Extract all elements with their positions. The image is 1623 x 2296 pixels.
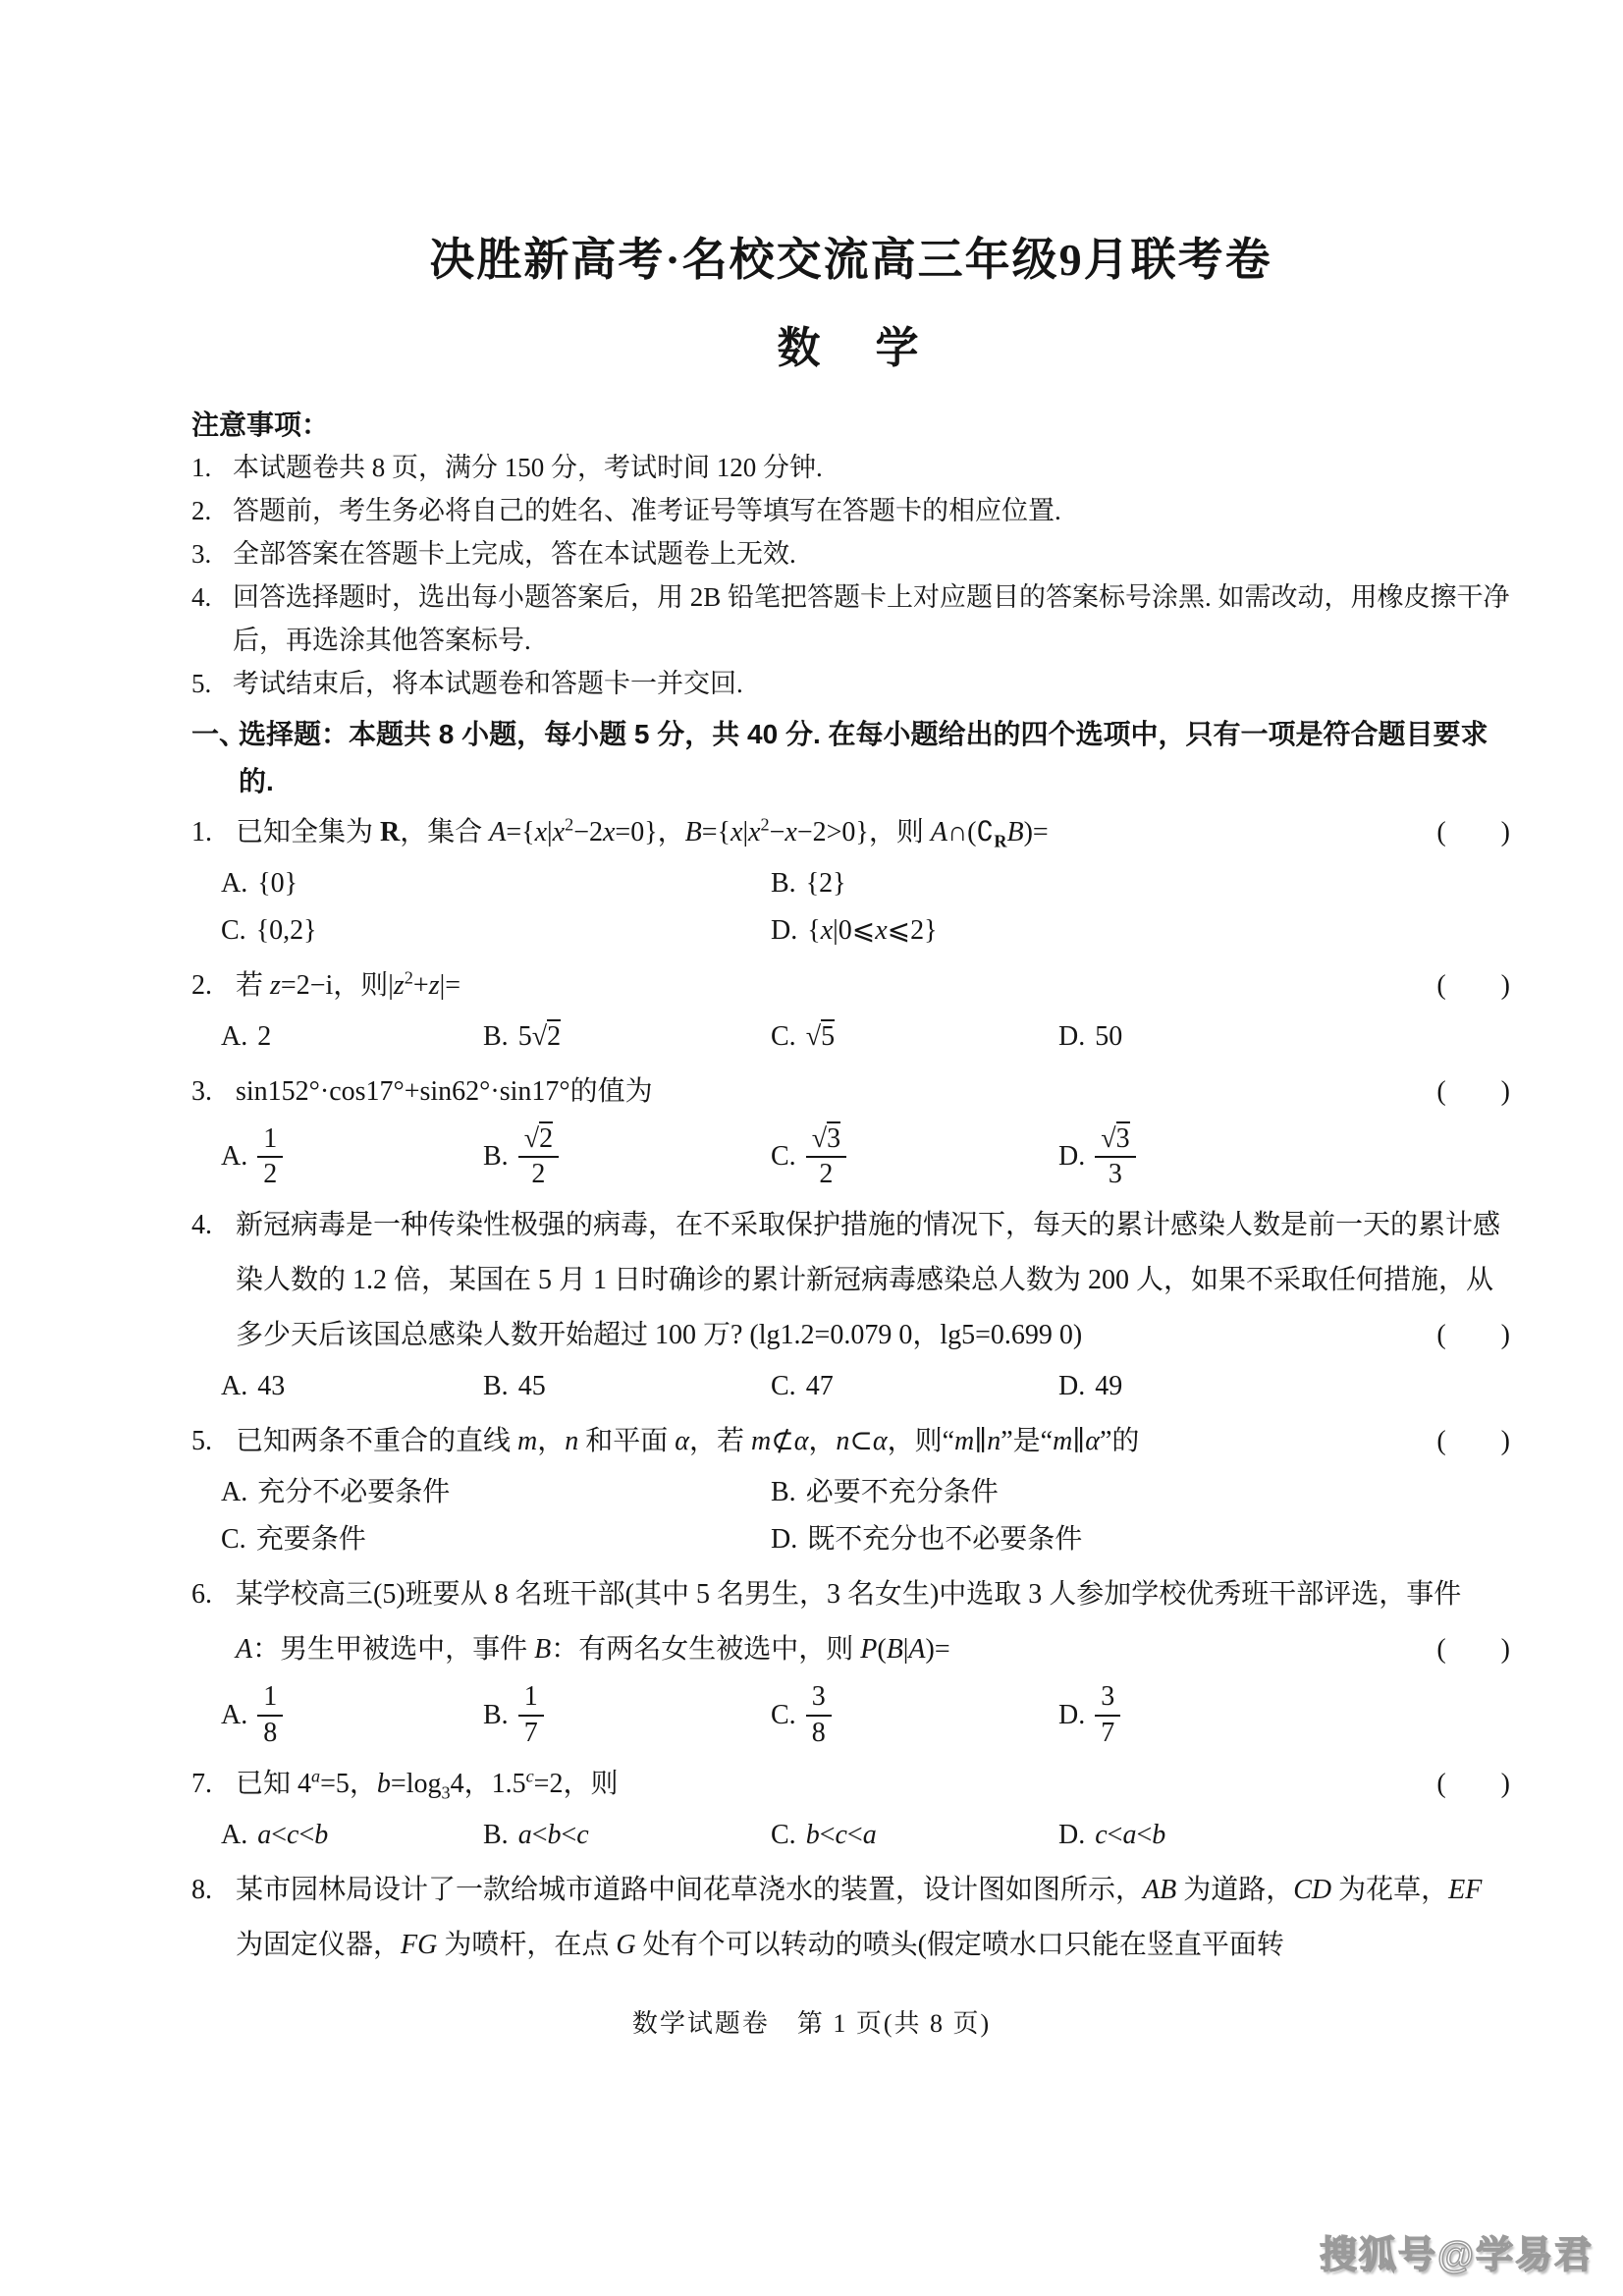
option-label: C. xyxy=(771,1812,796,1859)
notice-item-2: 2.答题前，考生务必将自己的姓名、准考证号等填写在答题卡的相应位置. xyxy=(191,489,1510,532)
question-6-options: A.18 B.17 C.38 D.37 xyxy=(221,1677,1510,1752)
option-c: C.47 xyxy=(771,1363,1058,1410)
question-stem-text: 新冠病毒是一种传染性极强的病毒，在不采取保护措施的情况下，每天的累计感染人数是前… xyxy=(236,1210,1500,1350)
question-3-stem: 3.sin152°·cos17°+sin62°·sin17°的值为 ( ) xyxy=(191,1065,1510,1120)
option-label: A. xyxy=(221,1133,247,1180)
option-a: A.2 xyxy=(221,1013,483,1061)
option-label: D. xyxy=(1058,1133,1085,1180)
notice-item-text: 回答选择题时，选出每小题答案后，用 2B 铅笔把答题卡上对应题目的答案标号涂黑.… xyxy=(233,582,1510,655)
question-8: 8.某市园林局设计了一款给城市道路中间花草浇水的装置，设计图如图所示，AB 为道… xyxy=(191,1863,1510,1973)
notice-item-1: 1.本试题卷共 8 页，满分 150 分，考试时间 120 分钟. xyxy=(191,446,1510,489)
option-content: 47 xyxy=(806,1363,834,1410)
option-label: B. xyxy=(483,1363,509,1410)
answer-bracket: ( ) xyxy=(1436,1065,1510,1120)
option-c: C.{0,2} xyxy=(221,907,771,955)
option-b: B.17 xyxy=(483,1677,771,1752)
option-label: B. xyxy=(483,1692,509,1739)
option-content: c<a<b xyxy=(1095,1812,1165,1859)
option-b: B.a<b<c xyxy=(483,1812,771,1859)
option-label: B. xyxy=(771,860,796,907)
question-2-options: A.2 B.5√2 C.√5 D.50 xyxy=(221,1013,1510,1061)
question-stem-text: 已知 4a=5，b=log34，1.5c=2，则 xyxy=(236,1769,618,1799)
question-5-options: A.充分不必要条件 B.必要不充分条件 C.充要条件 D.既不充分也不必要条件 xyxy=(221,1469,1510,1563)
question-number: 8. xyxy=(191,1863,236,1918)
option-content: 5√2 xyxy=(518,1013,561,1061)
question-1-options: A.{0} B.{2} C.{0,2} D.{x|0⩽x⩽2} xyxy=(221,860,1510,955)
option-label: B. xyxy=(771,1469,796,1516)
option-content: √22 xyxy=(518,1120,559,1194)
option-b: B.45 xyxy=(483,1363,771,1410)
option-content: {2} xyxy=(806,860,846,907)
notice-item-text: 全部答案在答题卡上完成，答在本试题卷上无效. xyxy=(233,539,796,569)
question-number: 6. xyxy=(191,1567,236,1622)
question-6-stem: 6.某学校高三(5)班要从 8 名班干部(其中 5 名男生，3 名女生)中选取 … xyxy=(191,1567,1510,1677)
option-b: B.必要不充分条件 xyxy=(771,1469,1510,1516)
option-d: D.√33 xyxy=(1058,1120,1510,1194)
answer-bracket: ( ) xyxy=(1436,1308,1510,1363)
question-6: 6.某学校高三(5)班要从 8 名班干部(其中 5 名男生，3 名女生)中选取 … xyxy=(191,1567,1510,1752)
question-stem-text: 已知全集为 R，集合 A={x|x2−2x=0}，B={x|x2−x−2>0}，… xyxy=(236,817,1049,847)
option-label: D. xyxy=(771,1516,797,1563)
question-2: 2.若 z=2−i，则|z2+z|= ( ) A.2 B.5√2 C.√5 D.… xyxy=(191,958,1510,1061)
question-4-stem: 4.新冠病毒是一种传染性极强的病毒，在不采取保护措施的情况下，每天的累计感染人数… xyxy=(191,1198,1510,1363)
option-content: 必要不充分条件 xyxy=(806,1469,999,1516)
option-content: {0,2} xyxy=(256,907,317,955)
question-2-stem: 2.若 z=2−i，则|z2+z|= ( ) xyxy=(191,958,1510,1013)
option-c: C.√5 xyxy=(771,1013,1058,1061)
option-content: b<c<a xyxy=(806,1812,877,1859)
option-content: 充要条件 xyxy=(256,1516,366,1563)
option-a: A.a<c<b xyxy=(221,1812,483,1859)
option-c: C.b<c<a xyxy=(771,1812,1058,1859)
option-label: D. xyxy=(771,907,797,955)
notice-item-text: 考试结束后，将本试题卷和答题卡一并交回. xyxy=(233,669,743,698)
option-content: 17 xyxy=(518,1677,544,1752)
option-content: √32 xyxy=(806,1120,846,1194)
question-4-options: A.43 B.45 C.47 D.49 xyxy=(221,1363,1510,1410)
question-number: 2. xyxy=(191,958,236,1013)
option-content: 49 xyxy=(1095,1363,1122,1410)
question-5: 5.已知两条不重合的直线 m，n 和平面 α，若 m⊄α，n⊂α，则“m∥n”是… xyxy=(191,1414,1510,1563)
option-content: 50 xyxy=(1095,1013,1122,1061)
question-4: 4.新冠病毒是一种传染性极强的病毒，在不采取保护措施的情况下，每天的累计感染人数… xyxy=(191,1198,1510,1410)
option-d: D.{x|0⩽x⩽2} xyxy=(771,907,1510,955)
question-stem-text: sin152°·cos17°+sin62°·sin17°的值为 xyxy=(236,1076,653,1107)
option-a: A.18 xyxy=(221,1677,483,1752)
option-content: 既不充分也不必要条件 xyxy=(807,1516,1082,1563)
option-a: A.12 xyxy=(221,1120,483,1194)
option-a: A.充分不必要条件 xyxy=(221,1469,771,1516)
question-1: 1.已知全集为 R，集合 A={x|x2−2x=0}，B={x|x2−x−2>0… xyxy=(191,805,1510,955)
option-content: {0} xyxy=(257,860,298,907)
option-content: {x|0⩽x⩽2} xyxy=(807,907,937,955)
option-content: 45 xyxy=(518,1363,546,1410)
notice-item-text: 答题前，考生务必将自己的姓名、准考证号等填写在答题卡的相应位置. xyxy=(233,496,1061,525)
answer-bracket: ( ) xyxy=(1436,1757,1510,1812)
option-content: a<b<c xyxy=(518,1812,589,1859)
notice-list: 1.本试题卷共 8 页，满分 150 分，考试时间 120 分钟. 2.答题前，… xyxy=(191,446,1510,705)
answer-bracket: ( ) xyxy=(1436,1414,1510,1469)
option-b: B.√22 xyxy=(483,1120,771,1194)
option-label: B. xyxy=(483,1812,509,1859)
question-stem-text: 某市园林局设计了一款给城市道路中间花草浇水的装置，设计图如图所示，AB 为道路，… xyxy=(236,1875,1482,1960)
option-content: 12 xyxy=(257,1120,283,1194)
question-number: 5. xyxy=(191,1414,236,1469)
option-label: A. xyxy=(221,1013,247,1061)
option-content: 38 xyxy=(806,1677,832,1752)
question-5-stem: 5.已知两条不重合的直线 m，n 和平面 α，若 m⊄α，n⊂α，则“m∥n”是… xyxy=(191,1414,1510,1469)
question-8-stem: 8.某市园林局设计了一款给城市道路中间花草浇水的装置，设计图如图所示，AB 为道… xyxy=(191,1863,1510,1973)
notice-item-number: 3. xyxy=(191,532,233,575)
notice-item-3: 3.全部答案在答题卡上完成，答在本试题卷上无效. xyxy=(191,532,1510,575)
option-label: C. xyxy=(221,907,246,955)
option-label: D. xyxy=(1058,1363,1085,1410)
option-d: D.既不充分也不必要条件 xyxy=(771,1516,1510,1563)
option-c: C.√32 xyxy=(771,1120,1058,1194)
exam-subject: 数 学 xyxy=(191,324,1510,373)
section-1-heading: 一、选择题：本题共 8 小题，每小题 5 分，共 40 分. 在每小题给出的四个… xyxy=(191,711,1510,805)
page-footer: 数学试题卷 第 1 页(共 8 页) xyxy=(0,2003,1623,2040)
option-label: A. xyxy=(221,1812,247,1859)
option-label: C. xyxy=(771,1133,796,1180)
option-content: 充分不必要条件 xyxy=(257,1469,450,1516)
notice-item-5: 5.考试结束后，将本试题卷和答题卡一并交回. xyxy=(191,662,1510,705)
notice-item-number: 4. xyxy=(191,575,233,619)
option-content: 37 xyxy=(1095,1677,1120,1752)
option-content: √5 xyxy=(806,1013,835,1061)
notice-item-number: 2. xyxy=(191,489,233,532)
option-b: B.5√2 xyxy=(483,1013,771,1061)
question-7: 7.已知 4a=5，b=log34，1.5c=2，则 ( ) A.a<c<b B… xyxy=(191,1757,1510,1859)
question-7-options: A.a<c<b B.a<b<c C.b<c<a D.c<a<b xyxy=(221,1812,1510,1859)
option-label: C. xyxy=(771,1013,796,1061)
option-label: D. xyxy=(1058,1812,1085,1859)
question-stem-text: 某学校高三(5)班要从 8 名班干部(其中 5 名男生，3 名女生)中选取 3 … xyxy=(236,1579,1461,1665)
option-label: B. xyxy=(483,1013,509,1061)
question-3: 3.sin152°·cos17°+sin62°·sin17°的值为 ( ) A.… xyxy=(191,1065,1510,1194)
exam-title: 决胜新高考·名校交流高三年级9月联考卷 xyxy=(191,236,1510,285)
option-d: D.c<a<b xyxy=(1058,1812,1510,1859)
question-number: 3. xyxy=(191,1065,236,1120)
option-label: D. xyxy=(1058,1692,1085,1739)
question-number: 7. xyxy=(191,1757,236,1812)
answer-bracket: ( ) xyxy=(1436,1622,1510,1677)
option-label: A. xyxy=(221,1692,247,1739)
option-label: C. xyxy=(221,1516,246,1563)
option-content: 18 xyxy=(257,1677,283,1752)
option-label: A. xyxy=(221,1363,247,1410)
option-d: D.49 xyxy=(1058,1363,1510,1410)
answer-bracket: ( ) xyxy=(1436,805,1510,860)
notice-item-text: 本试题卷共 8 页，满分 150 分，考试时间 120 分钟. xyxy=(233,453,823,482)
option-d: D.37 xyxy=(1058,1677,1510,1752)
question-7-stem: 7.已知 4a=5，b=log34，1.5c=2，则 ( ) xyxy=(191,1757,1510,1812)
option-label: A. xyxy=(221,1469,247,1516)
option-c: C.充要条件 xyxy=(221,1516,771,1563)
question-3-options: A.12 B.√22 C.√32 D.√33 xyxy=(221,1120,1510,1194)
section-1-text: 选择题：本题共 8 小题，每小题 5 分，共 40 分. 在每小题给出的四个选项… xyxy=(239,719,1488,796)
question-stem-text: 若 z=2−i，则|z2+z|= xyxy=(236,970,460,1001)
question-stem-text: 已知两条不重合的直线 m，n 和平面 α，若 m⊄α，n⊂α，则“m∥n”是“m… xyxy=(236,1426,1139,1456)
option-label: C. xyxy=(771,1363,796,1410)
option-label: B. xyxy=(483,1133,509,1180)
question-1-stem: 1.已知全集为 R，集合 A={x|x2−2x=0}，B={x|x2−x−2>0… xyxy=(191,805,1510,860)
option-d: D.50 xyxy=(1058,1013,1510,1061)
question-number: 1. xyxy=(191,805,236,860)
question-number: 4. xyxy=(191,1198,236,1253)
notice-item-4: 4.回答选择题时，选出每小题答案后，用 2B 铅笔把答题卡上对应题目的答案标号涂… xyxy=(191,575,1510,662)
section-1-prefix: 一、 xyxy=(191,711,239,758)
option-content: √33 xyxy=(1095,1120,1135,1194)
watermark: 搜狐号@学易君 xyxy=(1320,2224,1594,2278)
option-content: 43 xyxy=(257,1363,285,1410)
option-label: D. xyxy=(1058,1013,1085,1061)
answer-bracket: ( ) xyxy=(1436,958,1510,1013)
exam-page: 决胜新高考·名校交流高三年级9月联考卷 数 学 注意事项： 1.本试题卷共 8 … xyxy=(0,0,1623,2296)
option-content: 2 xyxy=(257,1013,271,1061)
option-content: a<c<b xyxy=(257,1812,328,1859)
option-label: C. xyxy=(771,1692,796,1739)
notice-item-number: 1. xyxy=(191,446,233,489)
option-a: A.43 xyxy=(221,1363,483,1410)
notice-heading: 注意事项： xyxy=(191,409,1510,442)
option-c: C.38 xyxy=(771,1677,1058,1752)
option-b: B.{2} xyxy=(771,860,1510,907)
notice-item-number: 5. xyxy=(191,662,233,705)
option-label: A. xyxy=(221,860,247,907)
option-a: A.{0} xyxy=(221,860,771,907)
